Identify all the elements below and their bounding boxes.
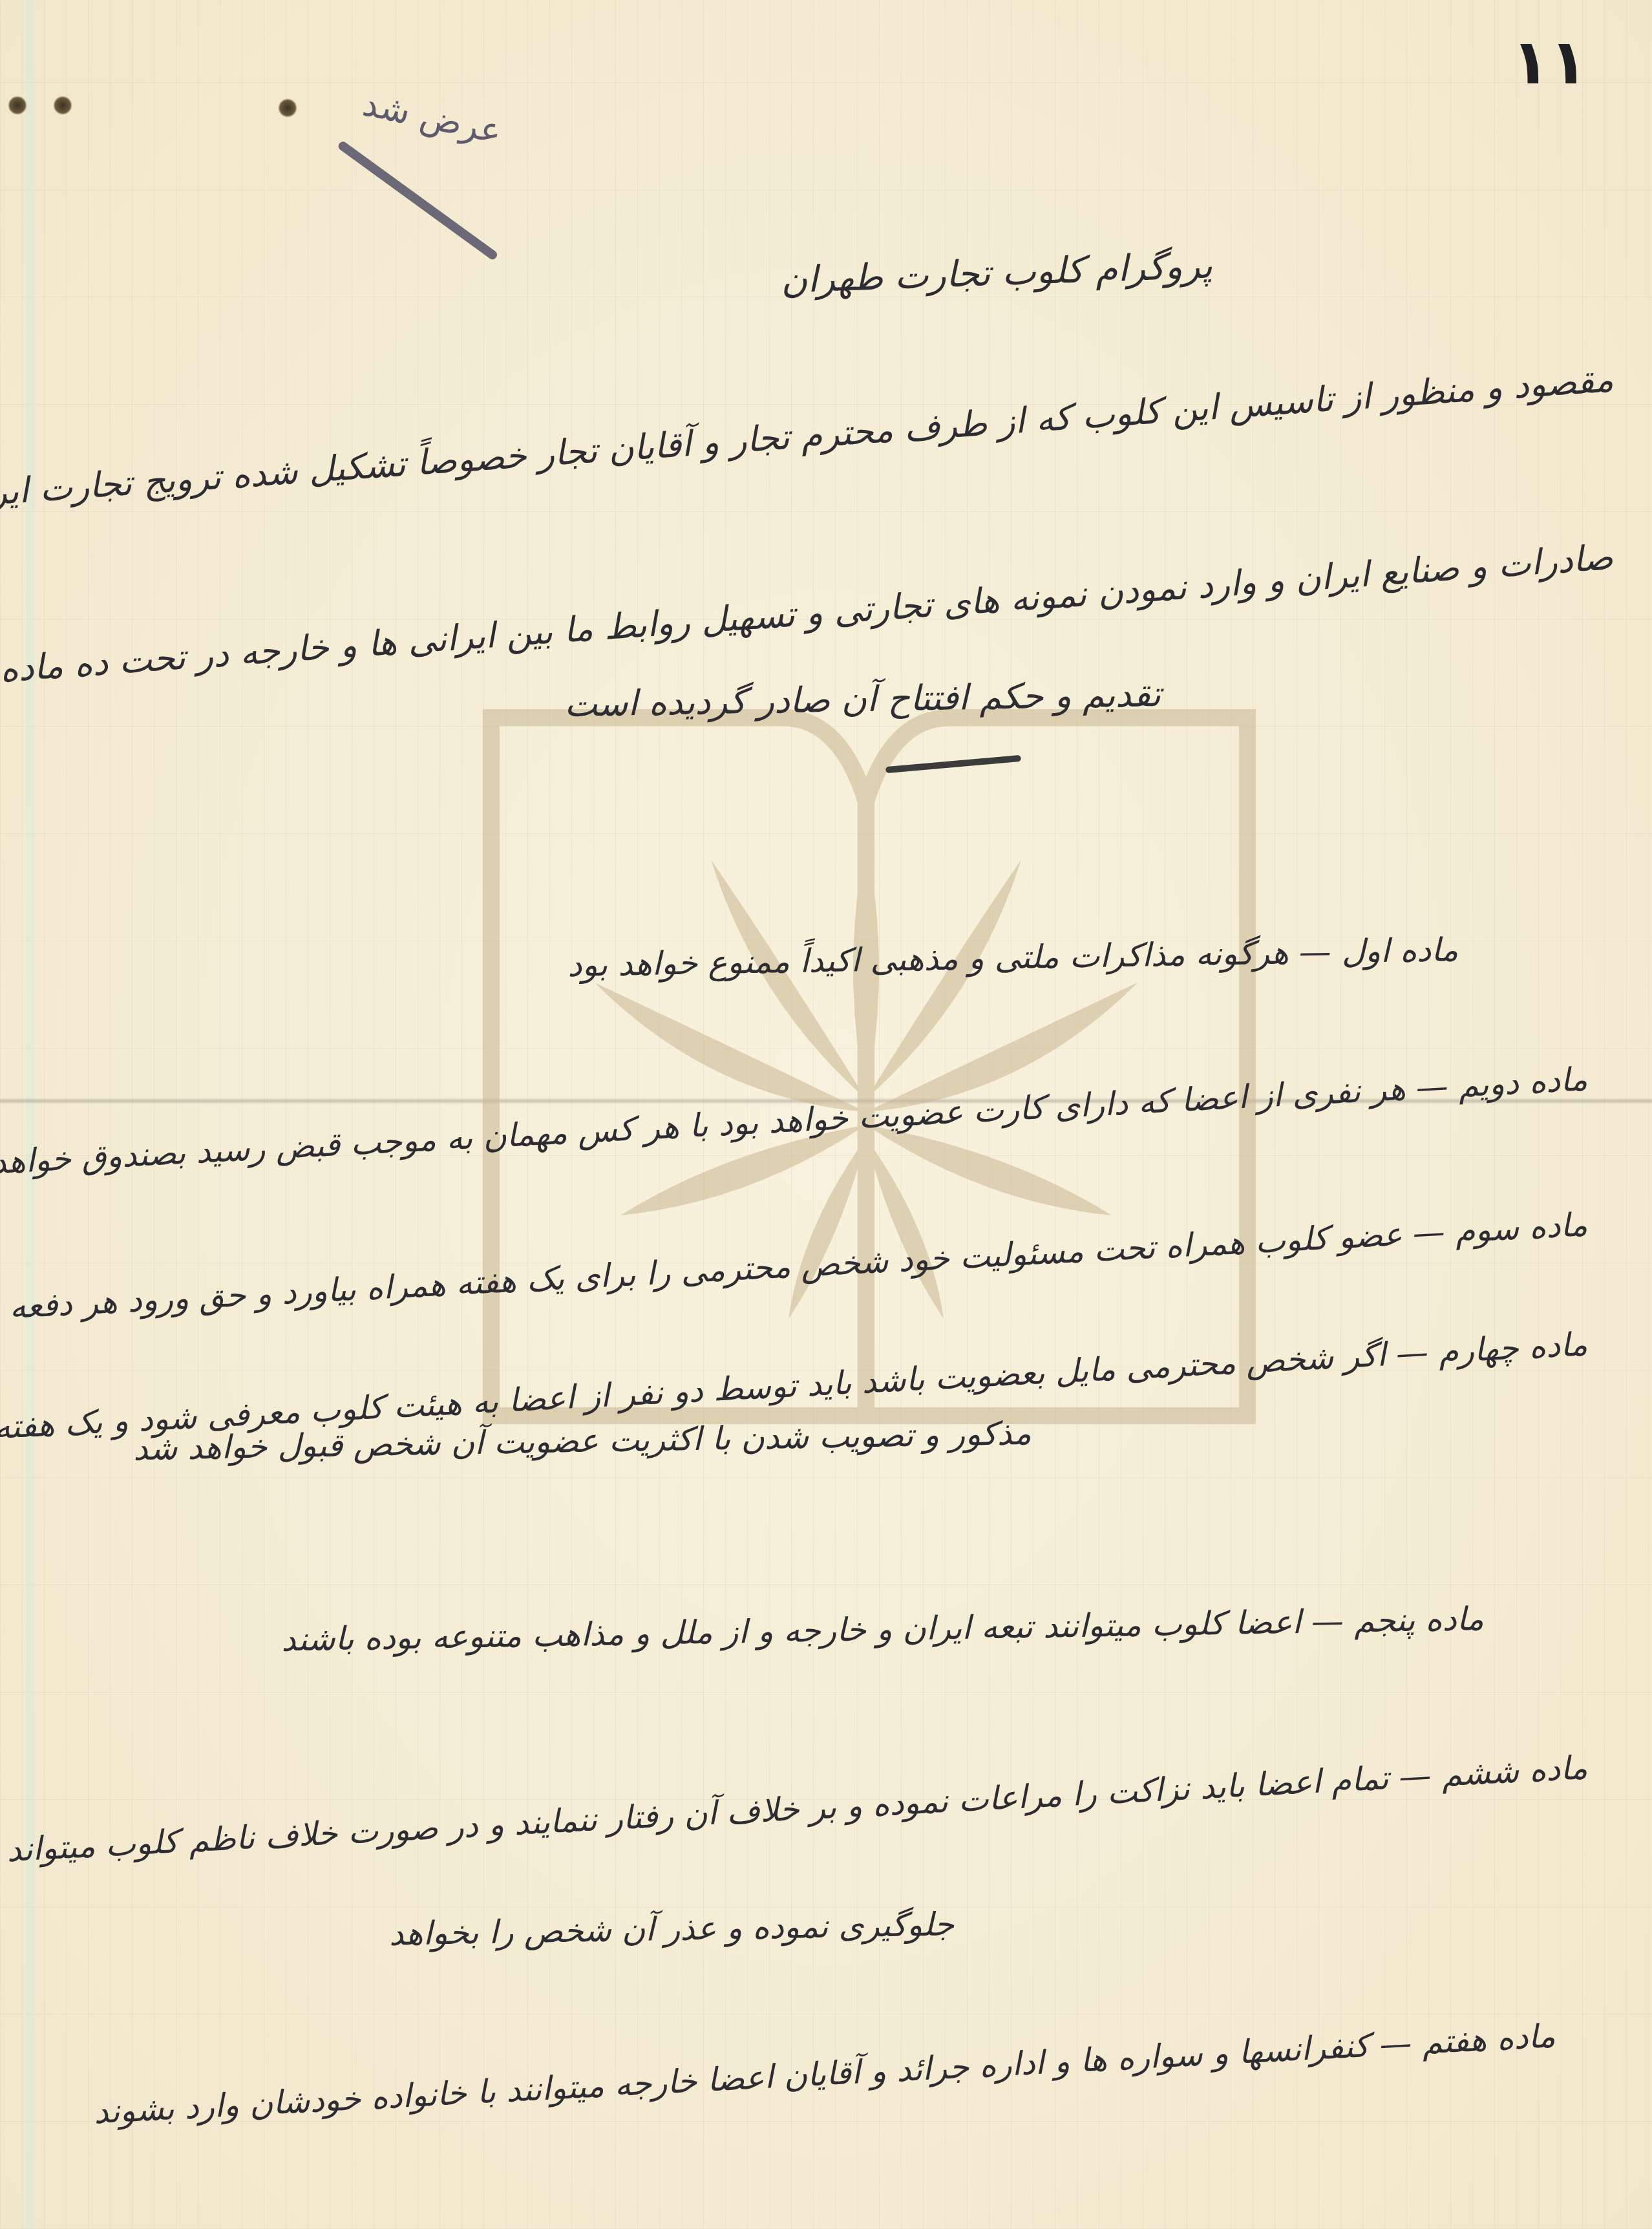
document-title: پروگرام کلوب تجارت طهران (780, 244, 1213, 301)
article-text: هر نفری از اعضا که دارای کارت عضویت خواه… (0, 1070, 1406, 1188)
article-dash: — (1379, 2025, 1413, 2064)
article-text: تمام اعضا باید نزاکت را مراعات نموده و ب… (6, 1759, 1390, 1869)
article-dash: — (1415, 1067, 1449, 1107)
scan-edge (26, 0, 35, 2229)
punch-hole (278, 98, 297, 118)
article-text: کنفرانسها و سواره ها و اداره جرائد و آقا… (92, 2027, 1370, 2131)
section-divider (885, 755, 1021, 773)
article-dash: — (1398, 1757, 1432, 1797)
article-label: ماده دویم (1457, 1060, 1589, 1104)
article-2: ماده دویم — هر نفری از اعضا که دارای کار… (0, 1060, 1589, 1187)
article-dash: — (1298, 933, 1331, 971)
article-label: ماده هفتم (1421, 2017, 1556, 2062)
page-number-mark: ١١ (1512, 26, 1587, 98)
article-7: ماده هفتم — کنفرانسها و سواره ها و اداره… (92, 2017, 1556, 2131)
article-text: هرگونه مذاکرات ملتی و مذهبی اکیداً ممنوع… (567, 934, 1289, 984)
article-label: ماده پنجم (1354, 1600, 1485, 1639)
article-5: ماده پنجم — اعضا کلوب میتوانند تبعه ایرا… (281, 1600, 1485, 1658)
preamble-line: مقصود و منظور از تاسیس این کلوب که از طر… (0, 359, 1615, 539)
preamble-line: تقدیم و حکم افتتاح آن صادر گردیده است (564, 674, 1161, 725)
pencil-strike-mark (337, 140, 499, 261)
article-label: ماده ششم (1441, 1749, 1589, 1794)
article-1: ماده اول — هرگونه مذاکرات ملتی و مذهبی ا… (567, 931, 1458, 984)
article-3: ماده سوم — عضو کلوب همراه تحت مسئولیت خو… (0, 1206, 1589, 1339)
article-label: ماده سوم (1454, 1206, 1589, 1250)
article-dash: — (1395, 1334, 1429, 1373)
article-6-continuation: جلوگیری نموده و عذر آن شخص را بخواهد (388, 1905, 954, 1952)
article-text: عضو کلوب همراه تحت مسئولیت خود شخص محترم… (0, 1215, 1403, 1339)
punch-hole (53, 96, 72, 115)
article-label: ماده چهارم (1437, 1325, 1588, 1370)
article-dash: — (1412, 1213, 1446, 1253)
article-dash: — (1311, 1603, 1344, 1641)
article-label: ماده اول (1341, 931, 1459, 970)
punch-hole (8, 96, 27, 115)
article-text: اعضا کلوب میتوانند تبعه ایران و خارجه و … (281, 1603, 1302, 1659)
library-watermark-icon (478, 698, 1260, 1429)
margin-note: عرض شد (359, 83, 505, 152)
article-6: ماده ششم — تمام اعضا باید نزاکت را مراعا… (6, 1749, 1589, 1869)
